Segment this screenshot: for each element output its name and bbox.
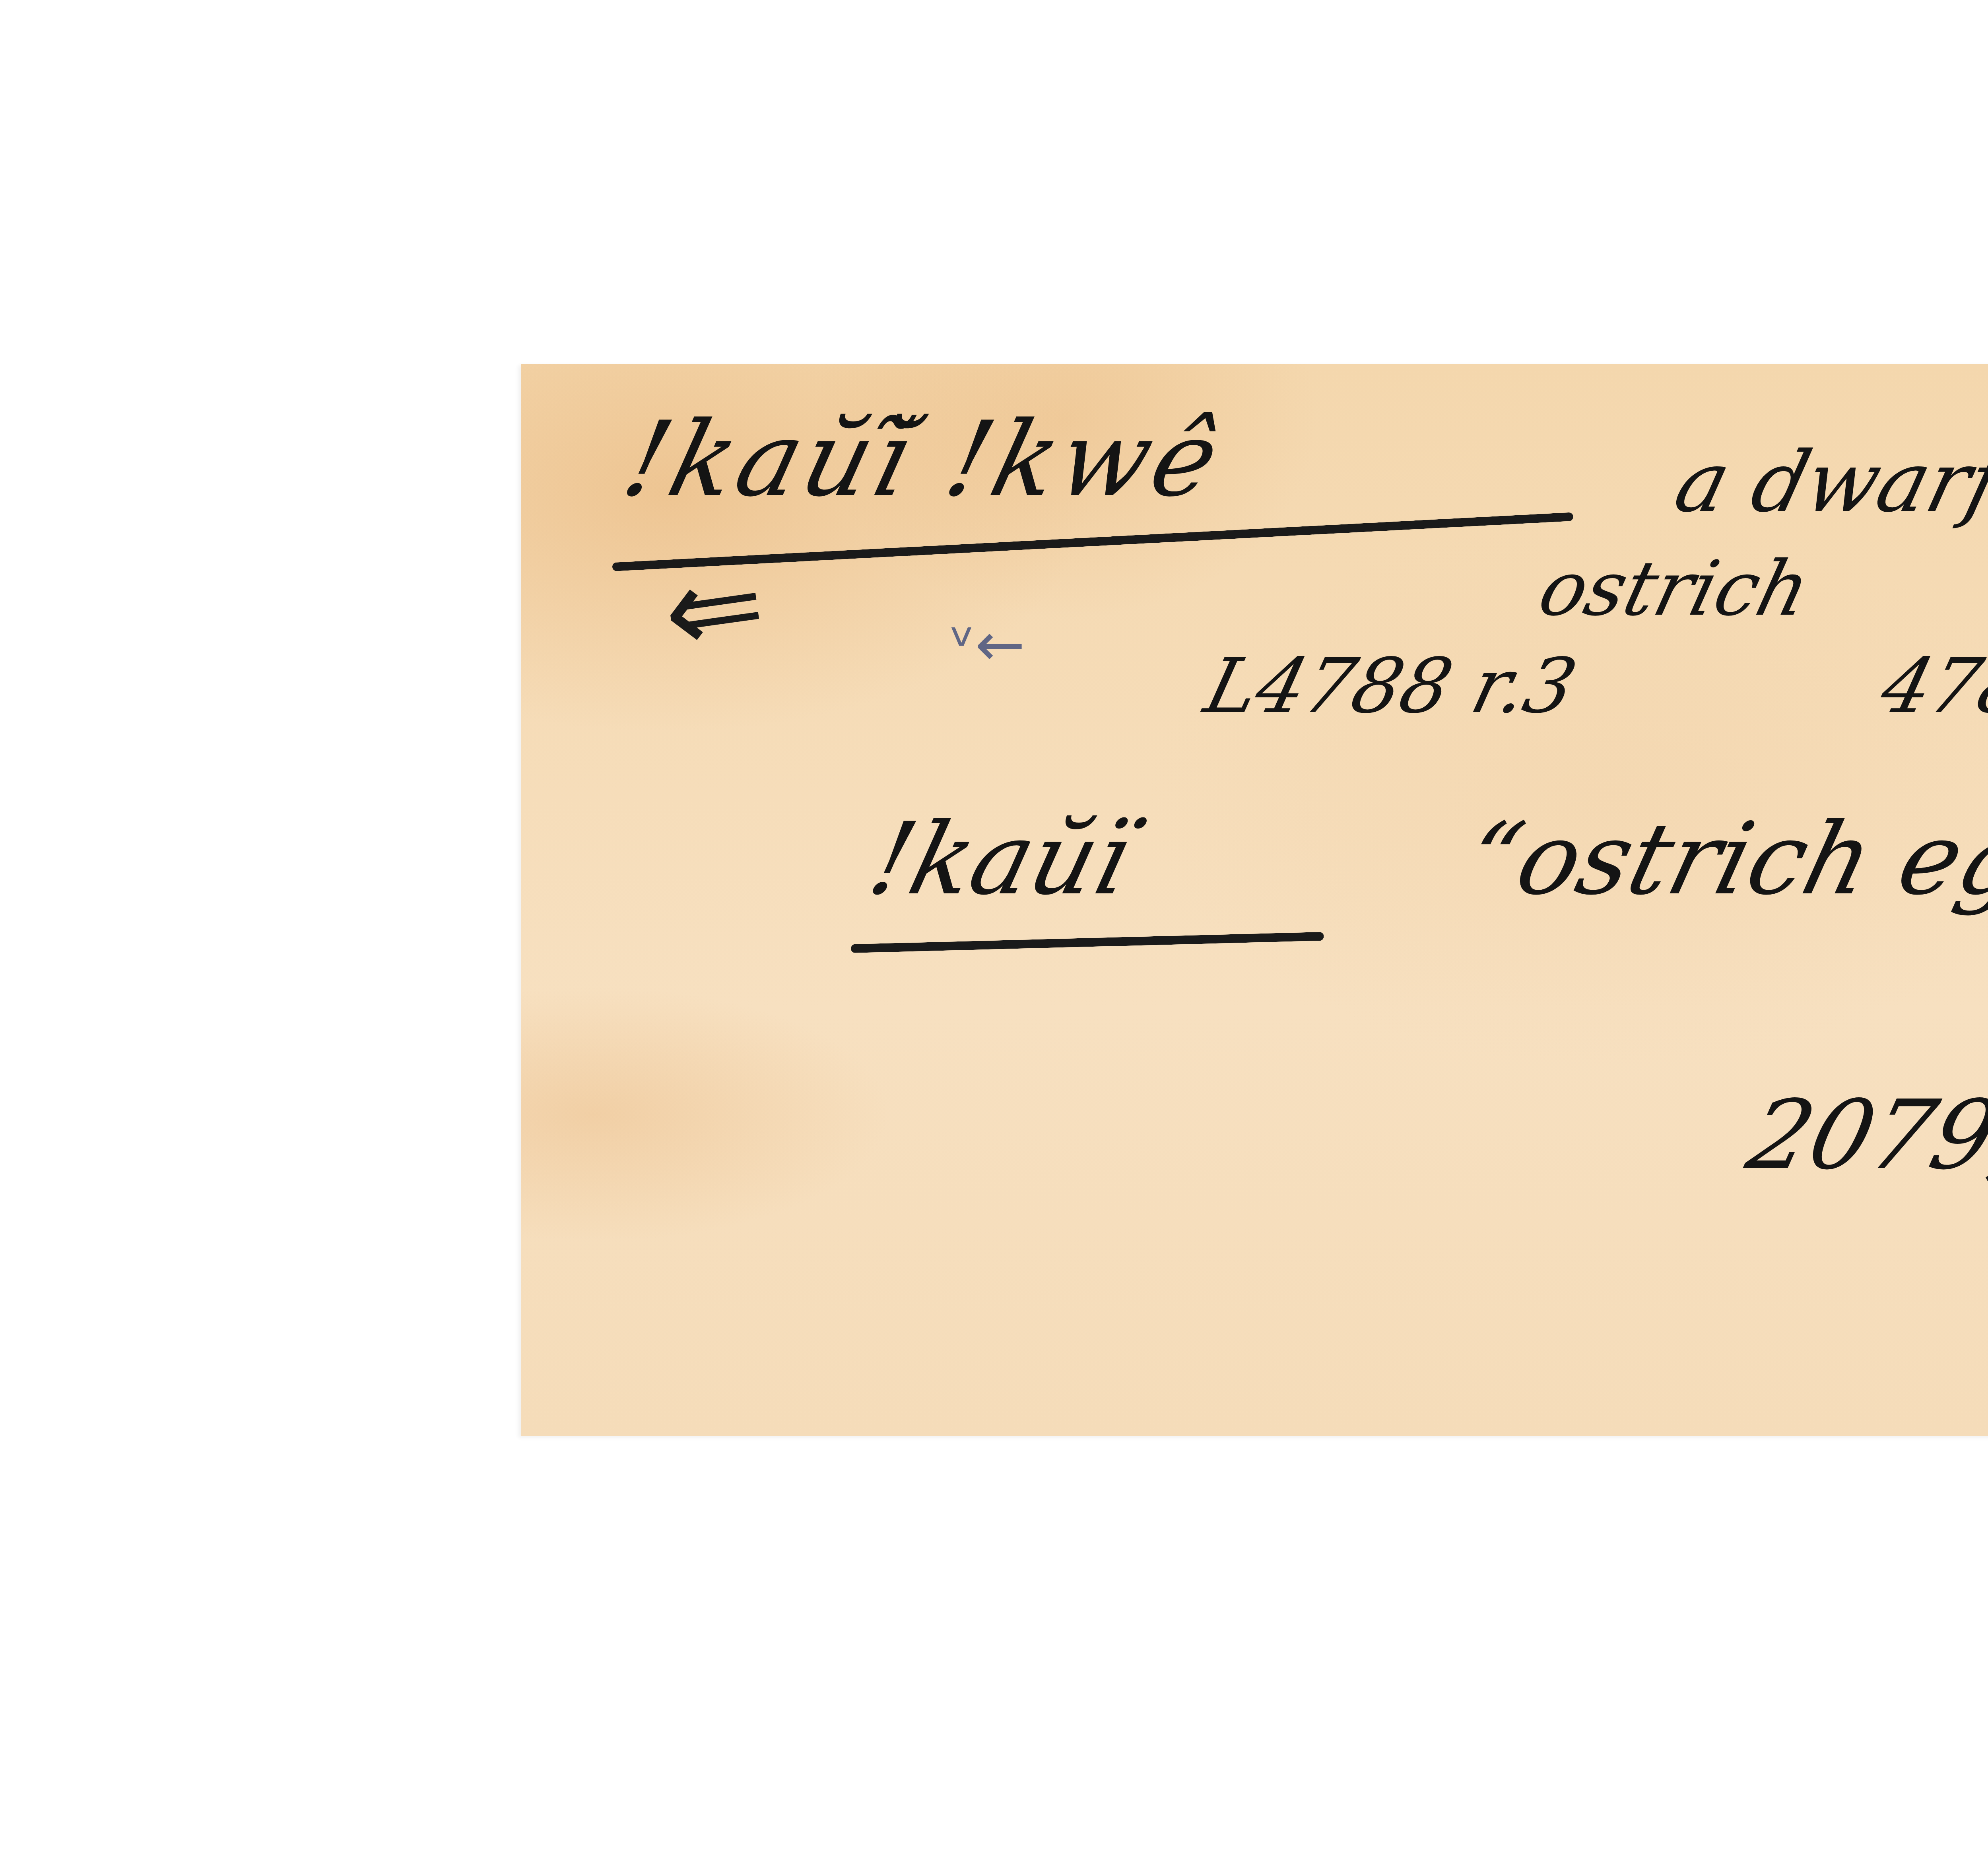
pencil-mark-icon: ᵛ← <box>950 610 1025 679</box>
reference-number-left: L4788 r.3 <box>1197 642 1585 730</box>
reference-number-right: 4789.4 <box>1873 642 1988 730</box>
underline-2 <box>851 932 1324 953</box>
arrow-mark-icon: ⇐ <box>655 532 773 684</box>
gloss-line-2: “ostrich egg” <box>1455 801 1988 917</box>
gloss-line-1: a dwarf <box>1666 433 1988 531</box>
gloss-continuation: ostrich <box>1531 545 1819 633</box>
term-line-1: !kaŭĭ̃ !kwê <box>612 400 1234 520</box>
catalog-number: 2079, 17i <box>1738 1079 1988 1191</box>
term-line-2: !kaŭï <box>859 801 1143 917</box>
index-card: !kaŭĭ̃ !kwê a dwarf ⇐ ᵛ← ostrich L4788 r… <box>521 364 1988 1436</box>
